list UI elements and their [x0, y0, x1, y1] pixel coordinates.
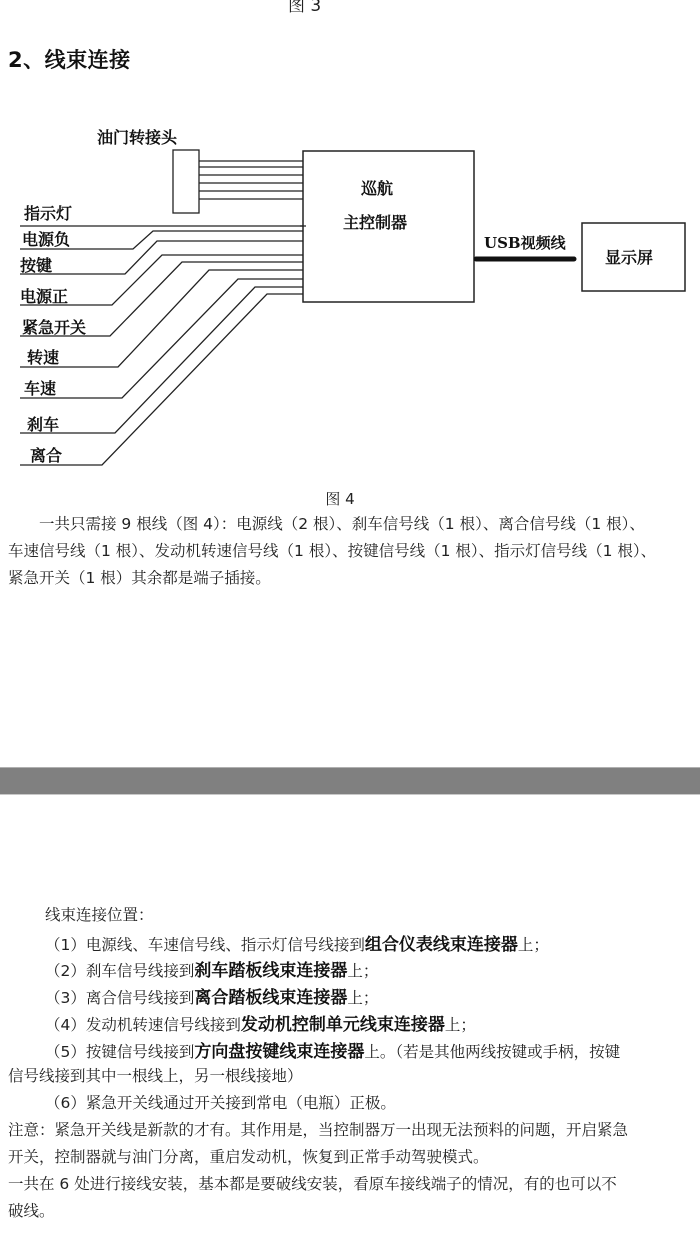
throttle-connector-box — [173, 150, 199, 213]
position-item-4: （4）发动机转速信号线接到发动机控制单元线束连接器上； — [45, 1010, 476, 1035]
wire-label-vehicle-speed: 车速 — [24, 376, 56, 399]
position-item-6: （6）紧急开关线通过开关接到常电（电瓶）正极。 — [45, 1091, 396, 1113]
note-line-2: 开关，控制器就与油门分离，重启发动机，恢复到正常手动驾驶模式。 — [8, 1145, 489, 1167]
throttle-connector-label: 油门转接头 — [97, 125, 177, 148]
wire-label-clutch: 离合 — [30, 443, 62, 466]
wire-label-power-negative: 电源负 — [22, 227, 70, 250]
controller-label-line1: 巡航 — [361, 176, 393, 199]
display-label: 显示屏 — [605, 245, 653, 268]
wiring-diagram-lines — [0, 110, 700, 480]
usb-cable-label: USB视频线 — [484, 232, 566, 253]
intro-line-3: 紧急开关（1 根）其余都是端子插接。 — [8, 565, 700, 592]
summary-line-1: 一共在 6 处进行接线安装，基本都是要破线安装，看原车接线端子的情况，有的也可以… — [8, 1172, 617, 1194]
controller-label-line2: 主控制器 — [343, 210, 407, 233]
section-title: 2、线束连接 — [8, 44, 131, 74]
wire-label-brake: 刹车 — [27, 412, 59, 435]
figure-caption: 图 4 — [0, 488, 680, 509]
intro-line-2: 车速信号线（1 根）、发动机转速信号线（1 根）、按键信号线（1 根）、指示灯信… — [8, 538, 700, 565]
wire-label-button: 按键 — [20, 253, 52, 276]
intro-paragraph: 一共只需接 9 根线（图 4）：电源线（2 根）、刹车信号线（1 根）、离合信号… — [8, 511, 700, 592]
note-line-1: 注意：紧急开关线是新款的才有。其作用是，当控制器万一出现无法预料的问题，开启紧急 — [8, 1118, 628, 1140]
wire-label-rpm: 转速 — [27, 345, 59, 368]
position-item-5-continued: 信号线接到其中一根线上，另一根线接地） — [8, 1064, 303, 1086]
position-item-3: （3）离合信号线接到离合踏板线束连接器上； — [45, 983, 378, 1008]
previous-figure-caption-fragment: 图 3 — [288, 0, 321, 16]
position-item-5: （5）按键信号线接到方向盘按键线束连接器上。（若是其他两线按键或手柄，按键 — [45, 1037, 620, 1062]
wire-label-emergency-switch: 紧急开关 — [22, 315, 86, 338]
position-item-2: （2）刹车信号线接到刹车踏板线束连接器上； — [45, 956, 378, 981]
summary-line-2: 破线。 — [8, 1199, 55, 1221]
wiring-diagram: 油门转接头 巡航 主控制器 USB视频线 显示屏 指示灯 电源负 按键 电源正 … — [0, 110, 700, 480]
wire-label-power-positive: 电源正 — [20, 284, 68, 307]
page-separator — [0, 767, 700, 795]
position-item-1: （1）电源线、车速信号线、指示灯信号线接到组合仪表线束连接器上； — [45, 930, 549, 955]
intro-line-1: 一共只需接 9 根线（图 4）：电源线（2 根）、刹车信号线（1 根）、离合信号… — [8, 511, 700, 538]
positions-heading: 线束连接位置： — [45, 903, 154, 925]
wire-label-indicator: 指示灯 — [24, 201, 72, 224]
